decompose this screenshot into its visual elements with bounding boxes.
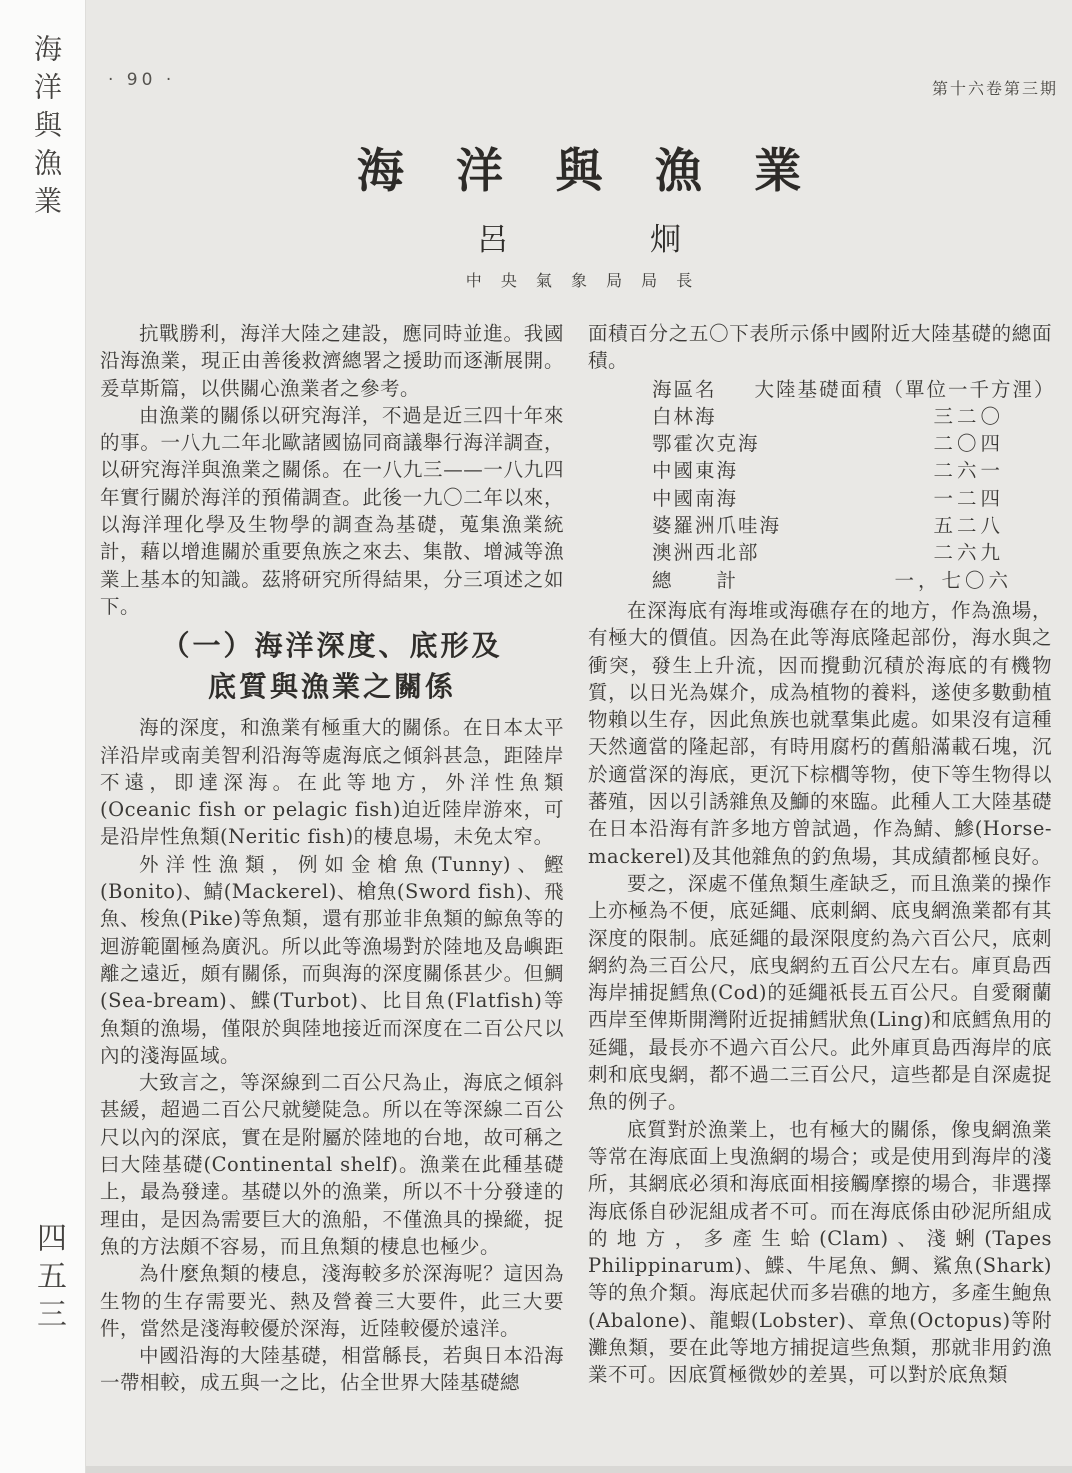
text-columns: 抗戰勝利，海洋大陸之建設，應同時並進。我國沿海漁業，現正由善後救濟總署之援助而逐… xyxy=(100,320,1052,1397)
table-row: 婆羅洲爪哇海 五二八 xyxy=(588,512,1052,539)
sea-area: 五二八 xyxy=(933,512,1004,539)
author-role: 中 央 氣 象 局 局 長 xyxy=(86,268,1072,291)
paragraph: 底質對於漁業上，也有極大的關係，像曳網漁業等常在海底面上曳漁網的場合；或是使用到… xyxy=(588,1116,1052,1389)
margin-folio-number: 四五三 xyxy=(26,1222,70,1336)
table-total-row: 總 計 一，七〇六 xyxy=(588,567,1052,594)
paragraph: 大致言之，等深線到二百公尺為止，海底之傾斜甚緩，超過二百公尺就變陡急。所以在等深… xyxy=(100,1069,564,1260)
table-header-value: 大陸基礎面積（單位一千方浬） xyxy=(755,376,1052,403)
total-value: 一，七〇六 xyxy=(894,567,1012,594)
sea-name: 澳洲西北部 xyxy=(588,539,760,566)
table-row: 中國東海 二六一 xyxy=(588,457,1052,484)
paragraph: 為什麼魚類的棲息，淺海較多於深海呢？這因為生物的生存需要光、熱及營養三大要件，此… xyxy=(100,1260,564,1342)
paragraph: 在深海底有海堆或海礁存在的地方，作為漁場，有極大的價值。因為在此等海底隆起部份，… xyxy=(588,597,1052,870)
page-number: · 90 · xyxy=(108,70,175,90)
page-bottom-edge xyxy=(86,1466,1072,1473)
table-row: 澳洲西北部 二六九 xyxy=(588,539,1052,566)
article-title: 海 洋 與 漁 業 xyxy=(86,134,1072,201)
paragraph: 由漁業的關係以研究海洋，不過是近三四十年來的事。一八九二年北歐諸國協同商議舉行海… xyxy=(100,402,564,620)
author-surname: 呂 xyxy=(477,214,508,259)
sea-name: 鄂霍次克海 xyxy=(588,430,760,457)
paragraph: 中國沿海的大陸基礎，相當緜長，若與日本沿海一帶相較，成五與一之比，佔全世界大陸基… xyxy=(100,1342,564,1397)
issue-label: 第十六卷第三期 xyxy=(932,76,1058,99)
paragraph: 抗戰勝利，海洋大陸之建設，應同時並進。我國沿海漁業，現正由善後救濟總署之援助而逐… xyxy=(100,320,564,402)
sea-area: 二六九 xyxy=(933,539,1004,566)
paragraph: 外洋性漁類，例如金槍魚(Tunny)、鰹(Bonito)、鯖(Mackerel)… xyxy=(100,851,564,1069)
sea-area: 二〇四 xyxy=(933,430,1004,457)
margin-vertical-title: 海洋與漁業 xyxy=(26,34,66,224)
sea-area: 二六一 xyxy=(933,457,1004,484)
author-given-name: 炯 xyxy=(650,214,681,259)
sea-name: 中國南海 xyxy=(588,485,738,512)
table-row: 白林海 三二〇 xyxy=(588,403,1052,430)
sea-name: 中國東海 xyxy=(588,457,738,484)
paragraph: 要之，深處不僅魚類生產缺乏，而且漁業的操作上亦極為不便，底延繩、底刺網、底曳網漁… xyxy=(588,870,1052,1116)
table-row: 中國南海 一二四 xyxy=(588,485,1052,512)
paragraph: 海的深度，和漁業有極重大的關係。在日本太平洋沿岸或南美智利沿海等處海底之傾斜甚急… xyxy=(100,714,564,850)
section-heading: （一）海洋深度、底形及 底質與漁業之關係 xyxy=(100,625,564,707)
table-header-name: 海區名 xyxy=(588,376,717,403)
continental-shelf-table: 海區名 大陸基礎面積（單位一千方浬） 白林海 三二〇 鄂霍次克海 二〇四 中國東… xyxy=(588,376,1052,594)
sea-area: 一二四 xyxy=(933,485,1004,512)
total-label: 總 計 xyxy=(588,567,738,594)
left-column: 抗戰勝利，海洋大陸之建設，應同時並進。我國沿海漁業，現正由善後救濟總署之援助而逐… xyxy=(100,320,564,1397)
right-column: 面積百分之五〇下表所示係中國附近大陸基礎的總面積。 海區名 大陸基礎面積（單位一… xyxy=(588,320,1052,1397)
section-heading-line2: 底質與漁業之關係 xyxy=(100,666,564,707)
paragraph-continuation: 面積百分之五〇下表所示係中國附近大陸基礎的總面積。 xyxy=(588,320,1052,375)
section-heading-line1: （一）海洋深度、底形及 xyxy=(100,625,564,666)
author-name: 呂 炯 xyxy=(86,214,1072,259)
table-row: 鄂霍次克海 二〇四 xyxy=(588,430,1052,457)
sea-name: 婆羅洲爪哇海 xyxy=(588,512,781,539)
sea-area: 三二〇 xyxy=(933,403,1004,430)
table-header-row: 海區名 大陸基礎面積（單位一千方浬） xyxy=(588,376,1052,403)
sea-name: 白林海 xyxy=(588,403,717,430)
scanned-journal-page: 海洋與漁業 四五三 · 90 · 第十六卷第三期 海 洋 與 漁 業 呂 炯 中… xyxy=(0,0,1072,1473)
